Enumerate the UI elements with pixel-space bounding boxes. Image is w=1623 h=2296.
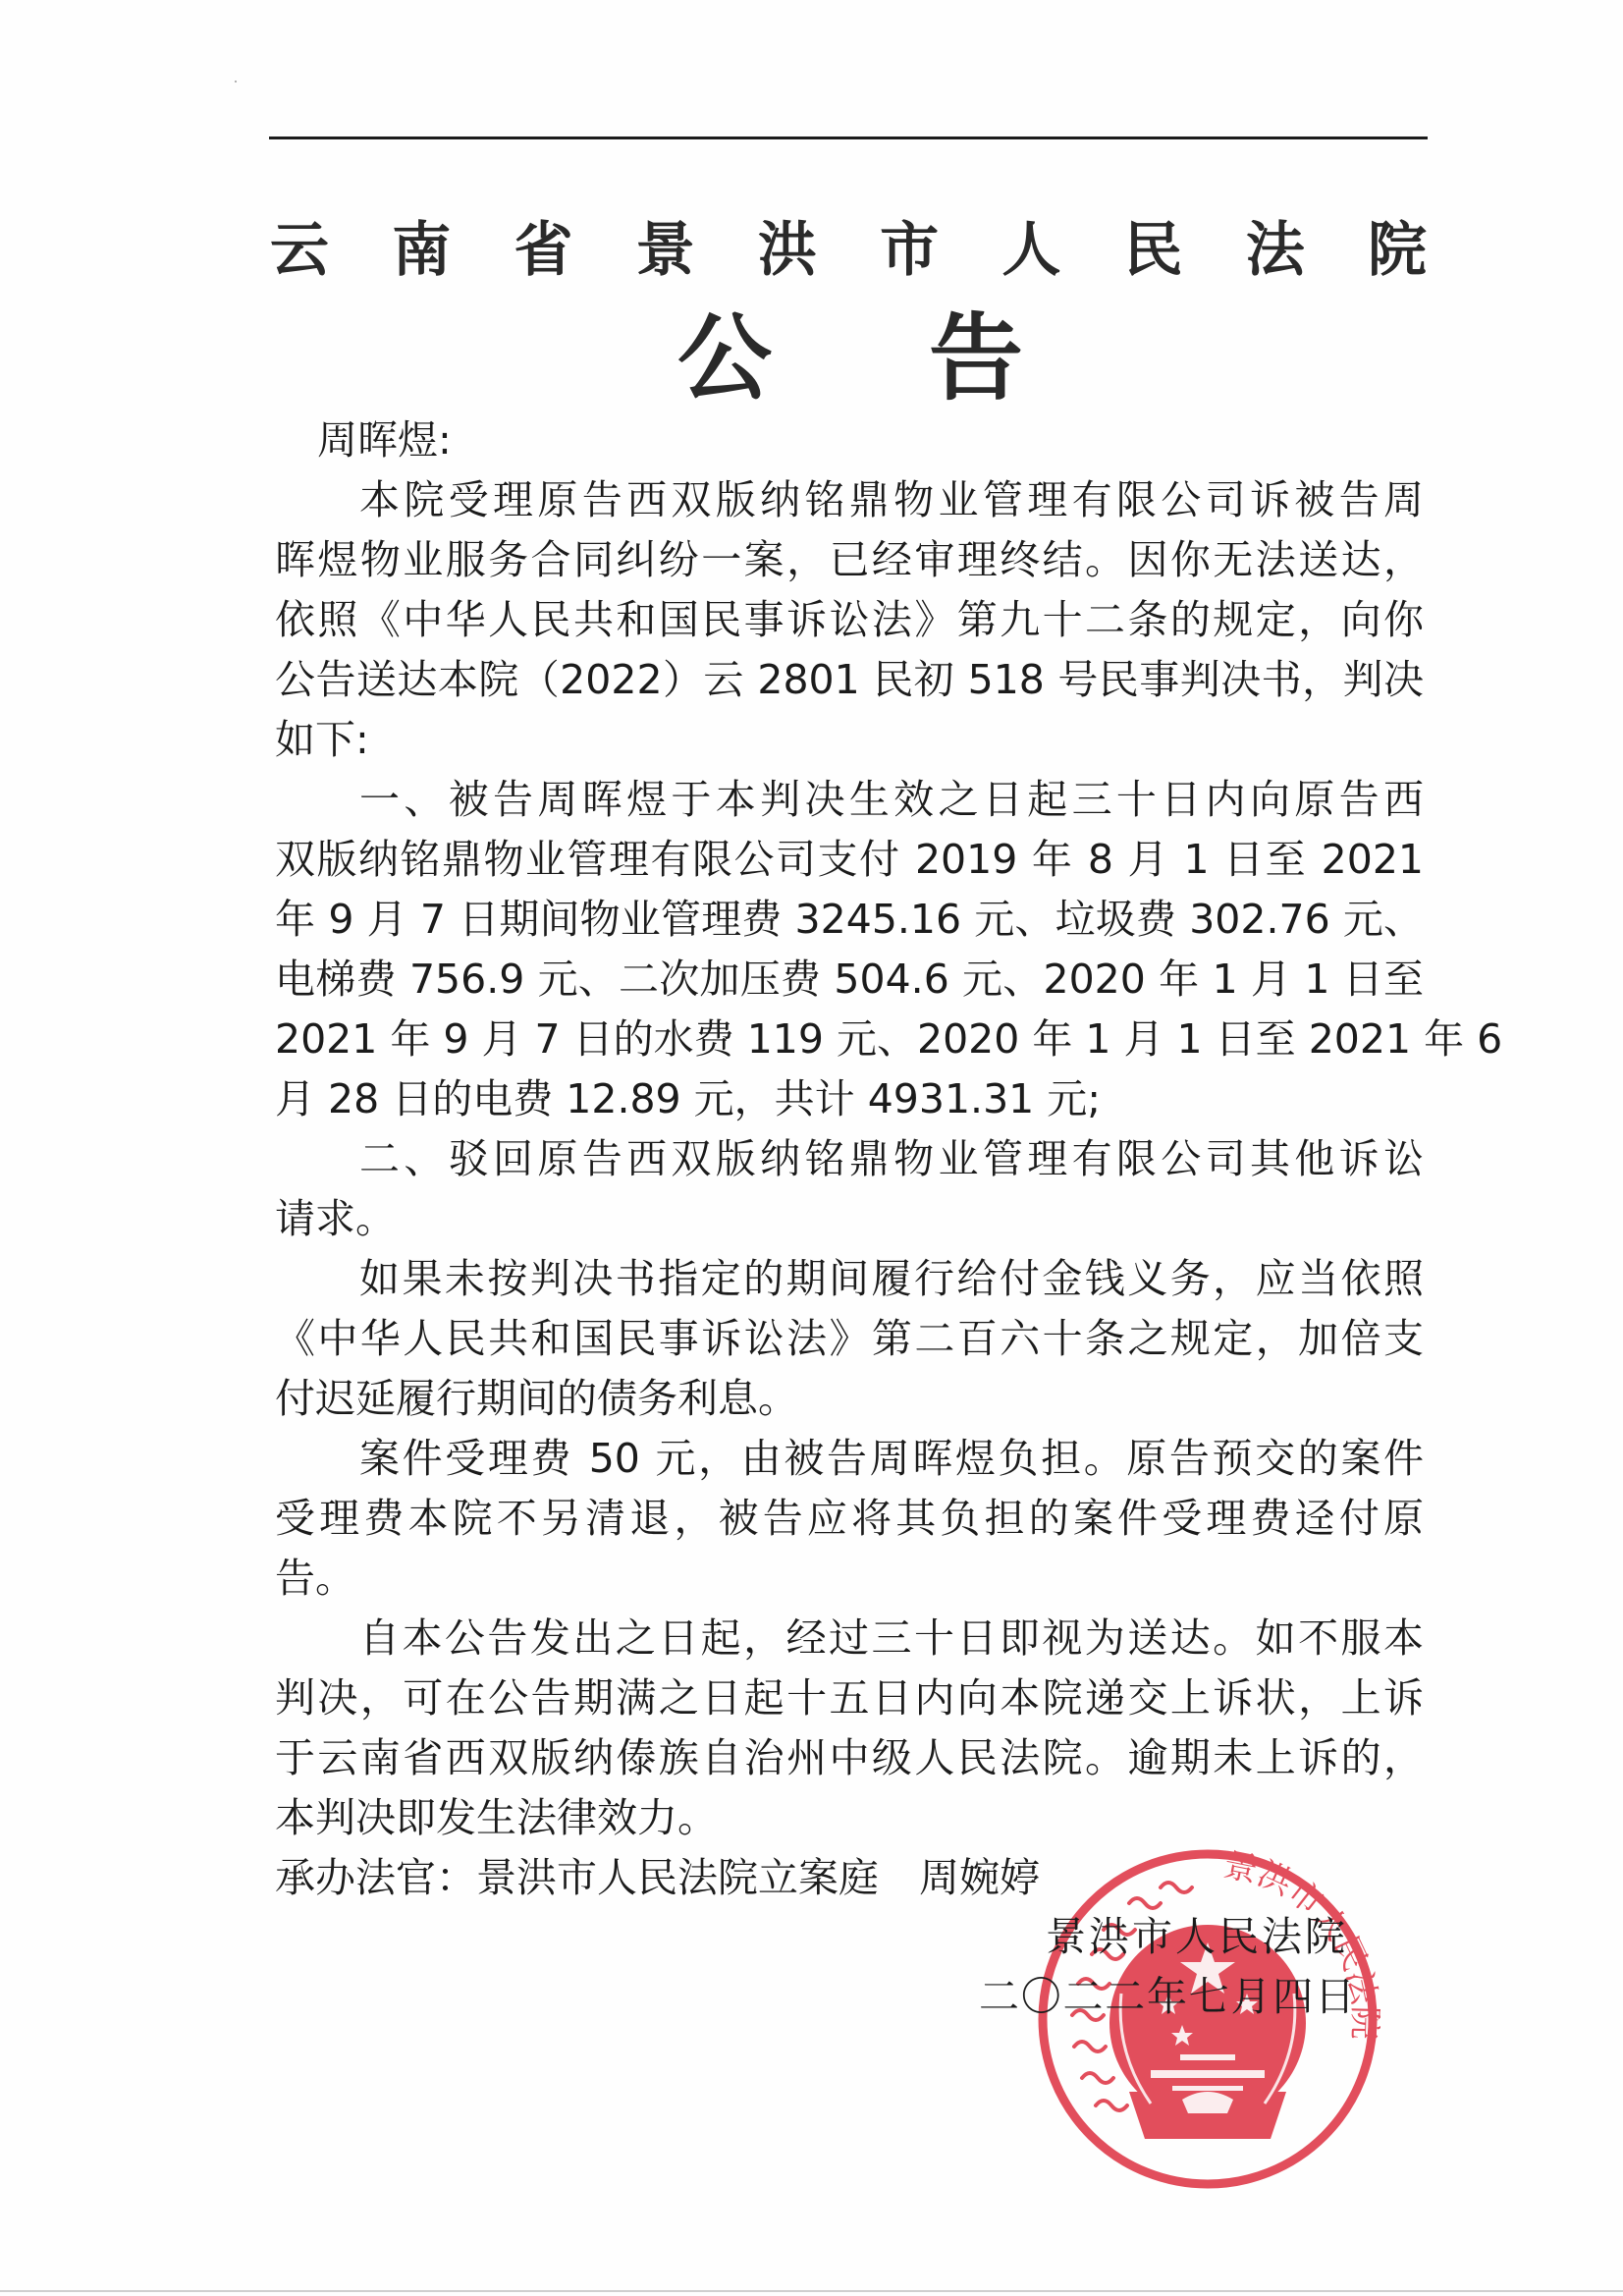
notice-char: 告 <box>929 284 1023 418</box>
court-name-char: 洪 <box>757 203 818 288</box>
body-line: 如下: <box>275 710 1424 770</box>
body-line: 依照《中华人民共和国民事诉讼法》第九十二条的规定，向你 <box>275 590 1424 650</box>
body-line: 自本公告发出之日起，经过三十日即视为送达。如不服本 <box>275 1609 1424 1668</box>
court-name-char: 法 <box>1245 203 1306 288</box>
signature-court-name: 景洪市人民法院 <box>1046 1907 1345 1967</box>
body-line: 于云南省西双版纳傣族自治州中级人民法院。逾期未上诉的， <box>275 1728 1424 1788</box>
body-line: 本判决即发生法律效力。 <box>275 1788 1424 1848</box>
court-name-char: 云 <box>269 203 330 288</box>
court-name-char: 市 <box>879 203 940 288</box>
signature-date: 二〇二二年七月四日 <box>979 1967 1355 2027</box>
body-line: 公告送达本院（2022）云 2801 民初 518 号民事判决书，判决 <box>275 650 1424 710</box>
notice-char: 公 <box>677 284 772 418</box>
body-line: 判决，可在公告期满之日起十五日内向本院递交上诉状，上诉 <box>275 1668 1424 1728</box>
scan-bottom-edge <box>0 2290 1623 2292</box>
body-line: 晖煜物业服务合同纠纷一案，已经审理终结。因你无法送达， <box>275 530 1424 590</box>
notice-body: 周晖煜:本院受理原告西双版纳铭鼎物业管理有限公司诉被告周晖煜物业服务合同纠纷一案… <box>275 410 1424 1908</box>
court-name-char: 省 <box>513 203 573 288</box>
court-name-char: 南 <box>391 203 452 288</box>
body-line: 《中华人民共和国民事诉讼法》第二百六十条之规定，加倍支 <box>275 1309 1424 1369</box>
body-line: 二、驳回原告西双版纳铭鼎物业管理有限公司其他诉讼 <box>275 1129 1424 1189</box>
header-rule <box>269 137 1428 139</box>
body-line: 月 28 日的电费 12.89 元，共计 4931.31 元; <box>275 1069 1424 1129</box>
body-line: 年 9 月 7 日期间物业管理费 3245.16 元、垃圾费 302.76 元、 <box>275 890 1424 950</box>
court-name-char: 人 <box>1001 203 1061 288</box>
court-name-char: 景 <box>635 203 696 288</box>
scan-speck <box>235 81 237 82</box>
document-page: 云 南 省 景 洪 市 人 民 法 院 公 告 周晖煜:本院受理原告西双版纳铭鼎… <box>0 0 1623 2296</box>
body-line: 一、被告周晖煜于本判决生效之日起三十日内向原告西 <box>275 770 1424 830</box>
body-line: 电梯费 756.9 元、二次加压费 504.6 元、2020 年 1 月 1 日… <box>275 950 1424 1010</box>
court-name-heading: 云 南 省 景 洪 市 人 民 法 院 <box>269 208 1428 283</box>
court-name-char: 民 <box>1123 203 1184 288</box>
body-line: 付迟延履行期间的债务利息。 <box>275 1369 1424 1429</box>
notice-heading: 公 告 <box>677 297 1023 405</box>
body-line: 告。 <box>275 1549 1424 1609</box>
body-line: 请求。 <box>275 1189 1424 1249</box>
addressee-line: 周晖煜: <box>275 410 1424 470</box>
body-line: 2021 年 9 月 7 日的水费 119 元、2020 年 1 月 1 日至 … <box>275 1010 1424 1069</box>
body-line: 案件受理费 50 元，由被告周晖煜负担。原告预交的案件 <box>275 1429 1424 1489</box>
court-name-char: 院 <box>1367 203 1428 288</box>
body-line: 受理费本院不另清退，被告应将其负担的案件受理费迳付原 <box>275 1489 1424 1549</box>
body-line: 双版纳铭鼎物业管理有限公司支付 2019 年 8 月 1 日至 2021 <box>275 830 1424 890</box>
body-line: 本院受理原告西双版纳铭鼎物业管理有限公司诉被告周 <box>275 470 1424 530</box>
body-line: 如果未按判决书指定的期间履行给付金钱义务，应当依照 <box>275 1249 1424 1309</box>
